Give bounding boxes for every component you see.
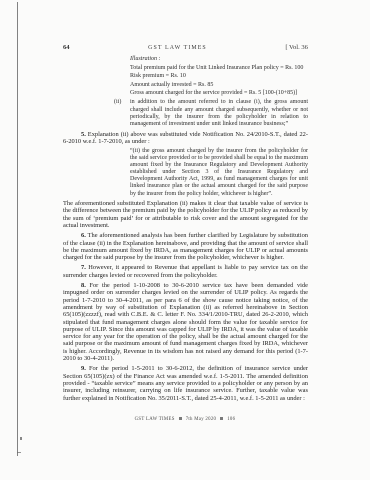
scanned-page: 64 GST LAW TIMES [ Vol. 36 Illustration … (0, 0, 370, 480)
paragraph-text: For the period 1-5-2011 to 30-6-2012, th… (63, 365, 308, 401)
illustration-line: Total premium paid for the Unit Linked I… (130, 65, 308, 72)
scan-artifact-left-line (17, 2, 18, 456)
journal-title: GST LAW TIMES (148, 44, 207, 52)
illustration-line: Amount actually invested = Rs. 85 (130, 82, 308, 89)
paragraph-7: 7. However, it appeared to Revenue that … (63, 264, 308, 279)
footer-separator-icon (220, 417, 223, 420)
page-body: Illustration : Total premium paid for th… (63, 56, 308, 402)
illustration-line: Gross amount charged for the service pro… (130, 90, 308, 97)
volume-label: [ Vol. 36 (285, 44, 308, 52)
substituted-explanation-quote: “(ii) the gross amount charged by the in… (130, 148, 308, 198)
footer-date: 7th May 2020 (186, 417, 217, 422)
scan-artifact-speck (20, 437, 22, 440)
clause-ii-block: (ii)in addition to the amount referred t… (63, 99, 308, 127)
footer-separator-icon (179, 417, 182, 420)
paragraph-text: For the period 1-10-2008 to 30-6-2010 se… (63, 282, 308, 362)
illustration-line: Risk premium = Rs. 10 (130, 73, 308, 80)
paragraph-9: 9. For the period 1-5-2011 to 30-6-2012,… (63, 365, 308, 401)
page-number: 64 (63, 44, 70, 52)
clause-marker: (ii) (114, 99, 130, 106)
clause-text: in addition to the amount referred to in… (130, 99, 308, 126)
illustration-heading: Illustration : (130, 56, 308, 63)
paragraph-explanation: The aforementioned substituted Explanati… (63, 200, 308, 229)
scan-artifact-speck (17, 452, 21, 453)
illustration-block: Illustration : Total premium paid for th… (130, 56, 308, 97)
paragraph-text: The aforementioned analysis has been fur… (63, 232, 308, 261)
footer-page-number: 106 (227, 417, 235, 422)
paragraph-8: 8. For the period 1-10-2008 to 30-6-2010… (63, 282, 308, 362)
page-header: 64 GST LAW TIMES [ Vol. 36 (63, 44, 308, 52)
footer-journal: GST LAW TIMES (135, 417, 175, 422)
paragraph-text: Explanation (ii) above was substituted v… (63, 131, 308, 145)
paragraph-5: 5. Explanation (ii) above was substitute… (63, 131, 308, 146)
paragraph-text: However, it appeared to Revenue that app… (63, 264, 308, 278)
paragraph-6: 6. The aforementioned analysis has been … (63, 232, 308, 261)
page-footer: GST LAW TIMES7th May 2020106 (0, 417, 370, 423)
